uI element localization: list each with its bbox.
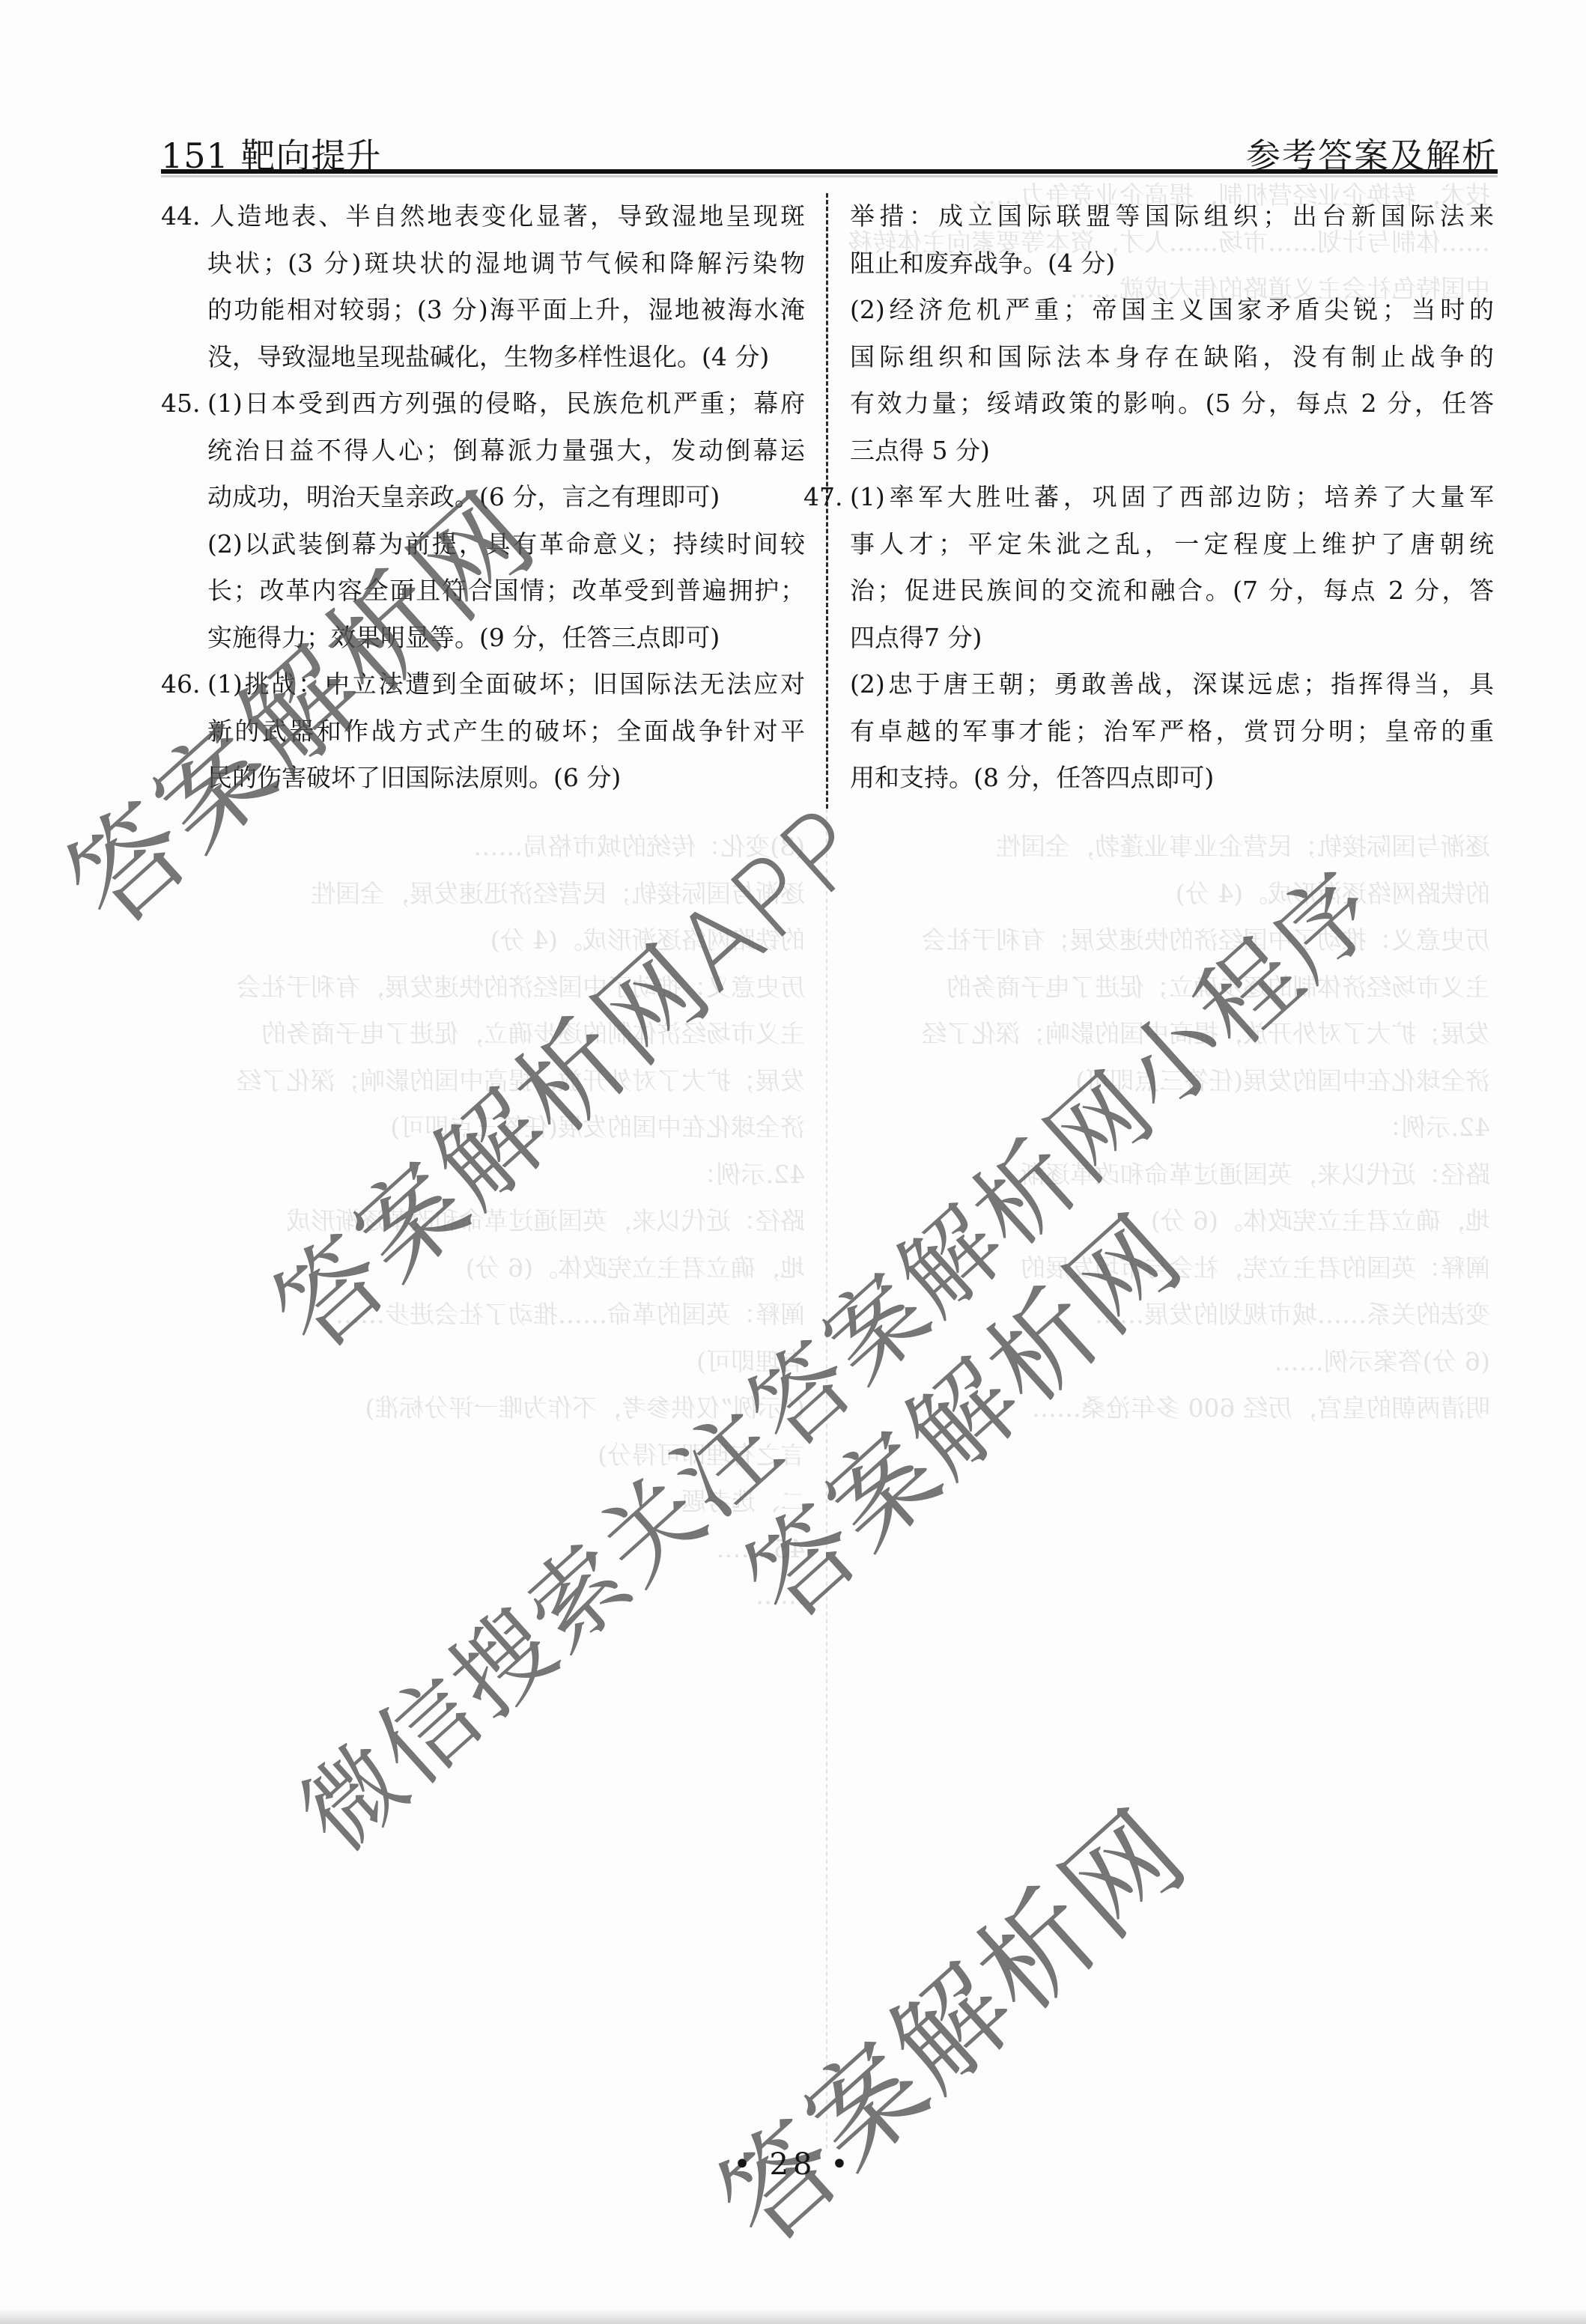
answer-line: 四点得7 分) — [803, 615, 1494, 662]
answer-line: 事人才；平定朱泚之乱，一定程度上维护了唐朝统 — [803, 521, 1494, 568]
answer-line: 块状；(3 分)斑块状的湿地调节气候和降解污染物 — [161, 240, 805, 288]
answer-line: (1)日本受到西方列强的侵略，民族危机严重；幕府 — [207, 389, 805, 418]
answer-line: 有卓越的军事才能；治军严格，赏罚分明；皇帝的重 — [803, 708, 1494, 755]
question-number: 45. — [161, 380, 207, 428]
header-rule — [161, 169, 1498, 174]
answer-line: 用和支持。(8 分，任答四点即可) — [803, 755, 1494, 802]
answer-line: 治；促进民族间的交流和融合。(7 分，每点 2 分，答 — [803, 568, 1494, 615]
answer-line: 没，导致湿地呈现盐碱化，生物多样性退化。(4 分) — [161, 334, 805, 381]
answer-line: 统治日益不得人心；倒幕派力量强大，发动倒幕运 — [161, 428, 805, 475]
answer-line: 人造地表、半自然地表变化显著，导致湿地呈现斑 — [207, 201, 805, 231]
scan-edge — [0, 2308, 1586, 2324]
answer-line: 举措：成立国际联盟等国际组织；出台新国际法来 — [850, 193, 1494, 240]
answer-line: 三点得 5 分) — [850, 428, 1494, 475]
answer-47: 47.(1)率军大胜吐蕃，巩固了西部边防；培养了大量军 事人才；平定朱泚之乱，一… — [803, 474, 1494, 802]
answer-line: 的功能相对较弱；(3 分)海平面上升，湿地被海水淹 — [161, 287, 805, 334]
answer-line: 有效力量；绥靖政策的影响。(5 分，每点 2 分，任答 — [850, 380, 1494, 428]
answer-line: (1)率军大胜吐蕃，巩固了西部边防；培养了大量军 — [850, 482, 1494, 511]
answer-44: 44.人造地表、半自然地表变化显著，导致湿地呈现斑 块状；(3 分)斑块状的湿地… — [161, 193, 805, 380]
answer-line: (2)忠于唐王朝；勇敢善战，深谋远虑；指挥得当，具 — [803, 661, 1494, 708]
answer-46-continued: 举措：成立国际联盟等国际组织；出台新国际法来 阻止和废弃战争。(4 分) (2)… — [850, 193, 1494, 474]
page-number: • 28 • — [0, 2147, 1586, 2182]
page-header: 151 靶向提升 参考答案及解析 — [161, 129, 1498, 174]
answer-line: 阻止和废弃战争。(4 分) — [850, 240, 1494, 288]
header-rule-shadow — [161, 175, 1498, 177]
document-page: 技术，转换企业经营机制，提高企业竞争力…………体制与计划……市场……人才，资本等… — [0, 0, 1586, 2324]
question-number: 44. — [161, 193, 207, 240]
right-column: 举措：成立国际联盟等国际组织；出台新国际法来 阻止和废弃战争。(4 分) (2)… — [850, 193, 1494, 802]
answer-line: (2)经济危机严重；帝国主义国家矛盾尖锐；当时的 — [850, 287, 1494, 334]
answer-line: 国际组织和国际法本身存在缺陷，没有制止战争的 — [850, 334, 1494, 381]
question-number: 47. — [803, 474, 850, 521]
